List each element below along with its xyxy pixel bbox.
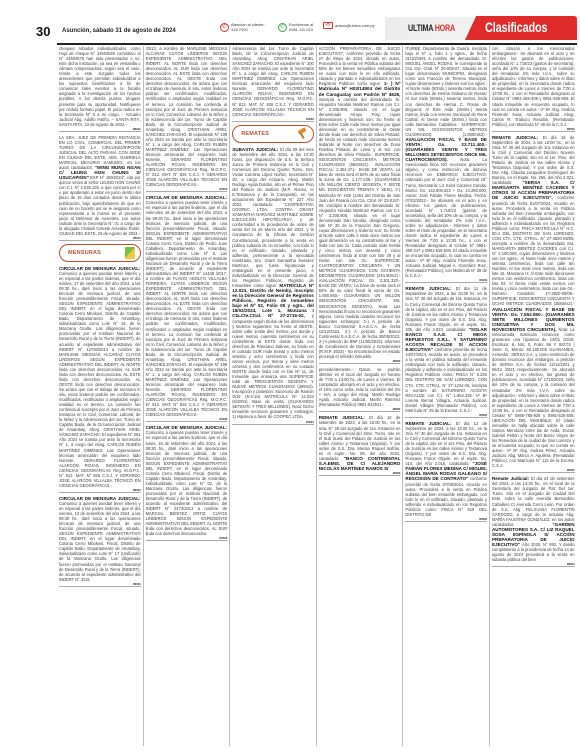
ad-code: R0003 — [405, 278, 487, 281]
ad-code: R0003 — [232, 117, 314, 120]
ad-code: R0003 — [405, 413, 487, 416]
classified-ad: precedentemente.- Datos, se podrán obten… — [319, 367, 401, 412]
ad-code: R0003 — [319, 359, 401, 362]
classified-ad: Remate Judicial: El día 24 de setiembre … — [492, 476, 575, 567]
whatsapp-icon: ✆ — [278, 23, 287, 32]
customer-service-contact: ✆ Atención al cliente: 415 7000 — [220, 22, 265, 32]
ad-body: Comunico a quienes puedan tener interés … — [146, 430, 228, 536]
ad-code: R0003 — [319, 471, 401, 474]
ad-body: cheques robados individualizados como Ho… — [59, 46, 141, 127]
ad-body: Comunico a quienes puedan tener interés … — [146, 200, 228, 417]
classified-ad: Adolescencia del 1er. Turno de Capitán B… — [232, 46, 314, 122]
ad-body: ACCIÓN PREPARATORIA DE JUICIO EJECUTIVO"… — [319, 46, 401, 86]
ad-code: R0003 — [146, 417, 228, 420]
column-4: ACCIÓN PREPARATORIA DE JUICIO EJECUTIVO"… — [317, 46, 404, 746]
logo-suffix: HORA — [435, 23, 455, 33]
ad-code: R0040 — [59, 127, 141, 130]
section-title: Clasificados — [485, 19, 547, 35]
ad-body: El día 11 de Septiembre de 2024, a las 1… — [405, 286, 487, 331]
column-6: con citación a los mencionados embargant… — [490, 46, 577, 746]
classified-ad: REMATE JUDICIAL: El día 12 de setiembre … — [319, 415, 401, 476]
ad-code: R0003 — [492, 562, 575, 565]
email-contact: ✉ avisos@uhora.com.py — [323, 22, 375, 29]
ad-code: R0003 — [59, 582, 141, 585]
ad-body: ITURBE, Departamento de Guairá, inscript… — [405, 46, 487, 137]
column-5: ITURBE, Departamento de Guairá, inscript… — [403, 46, 490, 746]
ad-body: /2013, a nombre de MARLENE MESSIAS ALCAR… — [146, 46, 228, 187]
section-header-mensuras: MENSURAS — [59, 244, 141, 262]
ad-body: El día 12 de Septiembre de 2024, a las 1… — [405, 421, 487, 466]
ad-body: Nota: La mencionada matrícula reconoce c… — [492, 327, 575, 468]
ad-body: conforme proveído de fecha 24/07/2024, r… — [405, 347, 487, 413]
ad-body: conforme proveído de fecha 01/07/2024, r… — [492, 195, 575, 306]
page-header: 30 Asunción, sábado 31 de agosto de 2024… — [0, 0, 580, 44]
classified-ad: SUBASTA JUDICIAL: El día 09 del mes de S… — [232, 147, 314, 425]
ad-body: precedentemente.- Datos, se podrán obten… — [319, 367, 401, 407]
ad-body: El día 24 de setiembre del 2024, a las 1… — [492, 476, 575, 526]
classified-ad: REMATE JUDICIAL: El día 11 de Septiembre… — [405, 286, 487, 417]
column-3: Adolescencia del 1er. Turno de Capitán B… — [230, 46, 317, 746]
whatsapp-contact: ✆ Escríbenos al 0981 111 013 — [278, 22, 313, 32]
gavel-icon — [296, 128, 308, 140]
ad-body: EXP N° 159/2024", cita por quince veces … — [59, 175, 141, 236]
ad-body: Comunico a quienes puedan tener interés … — [59, 271, 141, 488]
newspaper-logo: ULTIMA HORA — [408, 23, 455, 33]
ad-body: inscripta a nombre del demandado Sr. Ale… — [319, 97, 401, 359]
ad-body: Nota: La mencionada finca NO reconoce gr… — [405, 157, 487, 278]
classified-ad: CIRCULAR DE MENSURA JUDICIAL: Comunico a… — [59, 266, 141, 493]
classified-ad: cheques robados individualizados como Ho… — [59, 46, 141, 132]
ad-code: R0003 — [146, 187, 228, 190]
classifieds-columns: cheques robados individualizados como Ho… — [57, 46, 577, 746]
column-2: /2013, a nombre de MARLENE MESSIAS ALCAR… — [144, 46, 231, 746]
classified-ad: REMATE JUDICIAL: El día 16 de Septiembre… — [492, 135, 575, 474]
classified-ad: ITURBE, Departamento de Guairá, inscript… — [405, 46, 487, 283]
ad-code: R0003 — [59, 488, 141, 491]
section-label: MENSURAS — [68, 250, 101, 256]
section-label: REMATES — [241, 131, 269, 137]
ad-body: Adolescencia del 1er. Turno de Capitán B… — [232, 46, 314, 117]
ad-body: conforme proveído de fecha 07/08/2024, r… — [405, 476, 487, 516]
classified-ad: CIRCULAR DE MENSURA JUDICIAL: Comunico a… — [146, 195, 228, 422]
ad-body: Comunico a quienes puedan tener interés … — [59, 501, 141, 582]
mail-icon: ✉ — [323, 22, 333, 29]
contact-value: avisos@uhora.com.py — [335, 23, 375, 28]
classified-ad: LA SRA. JUEZ DE PRIMERA INSTANCIA EN LO … — [59, 135, 141, 241]
ad-code: R0003 — [146, 536, 228, 539]
header-rule — [57, 43, 577, 45]
section-header-remates: REMATES — [232, 125, 314, 143]
ad-body: El día 09 del mes de Setiembre del año 2… — [232, 147, 314, 288]
classified-ad: /2013, a nombre de MARLENE MESSIAS ALCAR… — [146, 46, 228, 192]
survey-map-icon — [125, 247, 135, 259]
ad-code: R0003 — [405, 517, 487, 520]
classified-ad: CIRCULAR DE MENSURA JUDICIAL: Comunico a… — [146, 425, 228, 541]
classified-ad: con citación a los mencionados embargant… — [492, 46, 575, 132]
ad-code: R0003 — [319, 407, 401, 410]
logo-prefix: ULTIMA — [408, 23, 435, 33]
dateline: Asunción, sábado 31 de agosto de 2024 — [62, 28, 176, 34]
phone-icon: ✆ — [220, 23, 229, 32]
classified-ad: CIRCULAR DE MENSURA JUDICIAL: Comunico a… — [59, 496, 141, 587]
classified-ad: REMATE JUDICIAL: El día 12 de Septiembre… — [405, 421, 487, 522]
ad-code: R0013 — [59, 236, 141, 239]
ad-body: El día 12 de setiembre de 2024, a las 15… — [319, 415, 401, 460]
ad-body: con citación a los mencionados embargant… — [492, 46, 575, 127]
page-number: 30 — [36, 24, 50, 39]
column-1: cheques robados individualizados como Ho… — [57, 46, 144, 746]
ad-body: El día 16 de Septiembre de 2024, a las 1… — [492, 135, 575, 185]
ad-body: y compuesto según títulos de las dimensi… — [232, 313, 314, 419]
classified-ad: ACCIÓN PREPARATORIA DE JUICIO EJECUTIVO"… — [319, 46, 401, 364]
ad-code: R0052 — [492, 468, 575, 471]
contact-value: 415 7000 — [231, 27, 248, 32]
contact-value: 0981 111 013 — [289, 27, 313, 32]
ad-code: R0052 — [492, 127, 575, 130]
ad-code: R0003 — [232, 420, 314, 423]
ad-property-id: MATRÍCULA Nº 12.023, Distrito de Nemby, … — [232, 283, 314, 319]
